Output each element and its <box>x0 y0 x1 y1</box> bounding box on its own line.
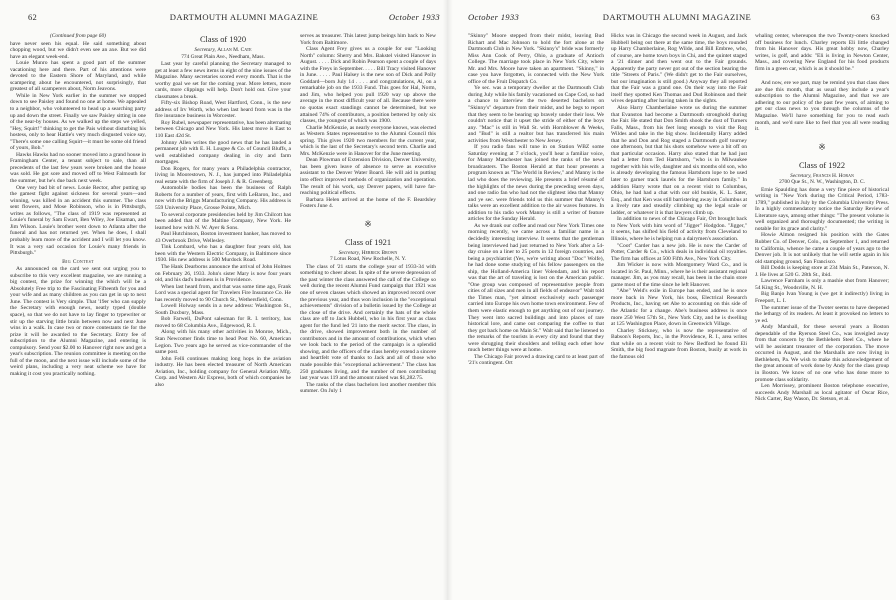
class-heading: Class of 1921 <box>300 238 436 248</box>
paragraph: "Skinny" Moore stepped from their midst,… <box>468 33 604 85</box>
page-number: 62 <box>28 12 37 22</box>
columns: (Continued from page 60) have never seen… <box>0 33 448 600</box>
page-number: 63 <box>871 12 880 22</box>
paragraph: serves as treasurer. This latest jump be… <box>300 33 436 46</box>
paragraph: And now, ere we part, may be remind you … <box>755 80 889 132</box>
running-head: 62 DARTMOUTH ALUMNI MAGAZINE October 193… <box>0 12 448 26</box>
paragraph: Hicks was in Chicago the second week in … <box>611 33 747 105</box>
paragraph: Tink Lombard, who has a daughter four ye… <box>155 244 291 264</box>
section-subhead: Big Contest <box>10 259 146 266</box>
paragraph: Len Morrissey, prominent Boston telephon… <box>755 383 889 403</box>
paragraph: Bill Dodds is keeping store at 234 Main … <box>755 265 889 278</box>
page-gutter <box>443 0 453 600</box>
paragraph: In addition to news of the Chicago Fair,… <box>611 216 747 242</box>
paragraph: Last year by careful planning the Secret… <box>155 61 291 100</box>
class-heading: Class of 1920 <box>155 35 291 45</box>
paragraph: Charley Stickney, who is now the represe… <box>611 328 747 361</box>
secretary-label: Secretary, <box>790 173 812 179</box>
paragraph: Barbara Helen arrived at the home of the… <box>300 197 436 210</box>
paragraph: Roy Rubel, newspaper representative, has… <box>155 120 291 140</box>
magazine-title: DARTMOUTH ALUMNI MAGAZINE <box>458 12 896 22</box>
paragraph: If you radio fans will tune in on Statio… <box>468 144 604 223</box>
paragraph: Ernie Spaulding has done a very fine pie… <box>755 187 889 233</box>
paragraph: Along with his many other activities in … <box>155 329 291 355</box>
paragraph: Johnny Allen writes the good news that h… <box>155 140 291 166</box>
paragraph: The class of '21 starts the college year… <box>300 264 436 382</box>
column-3: whaling center, whereupon the two Twenty… <box>755 33 889 403</box>
continued-note: (Continued from page 60) <box>10 33 146 40</box>
paragraph: Don Rogers, for many years a Philadelphi… <box>155 166 291 186</box>
column-1: (Continued from page 60) have never seen… <box>10 33 146 377</box>
secretary-label: Secretary, <box>339 250 361 256</box>
paragraph: While in New York earlier in the summer … <box>10 93 146 152</box>
paragraph: The Hank Dearborns announce the arrival … <box>155 264 291 284</box>
paragraph: Lawrence Farnham is only a mashie shot f… <box>755 278 889 291</box>
paragraph: Howie Almon resigned his position with t… <box>755 232 889 265</box>
paragraph: Jim Wicker is now with Montgomery Ward C… <box>611 262 747 288</box>
column-3: serves as treasurer. This latest jump be… <box>300 33 436 395</box>
secretary-address: 7 Lotus Road, New Rochelle, N. Y. <box>300 256 436 263</box>
paragraph: Paul Hutchinson, Boston investment banke… <box>155 231 291 244</box>
paragraph: Dean Plowman of Extension Division, Denv… <box>300 157 436 196</box>
section-ornament-icon: ※ <box>755 141 889 153</box>
paragraph: As we drank our coffee and read our New … <box>468 223 604 354</box>
paragraph: Louie Munro has spent a good part of the… <box>10 60 146 93</box>
paragraph: Charlie McKenzie, as nearly everyone kno… <box>300 125 436 158</box>
paragraph: Ye sec. was a temporary dweller at the D… <box>468 85 604 144</box>
paragraph: The Chicago Fair proved a drawing card t… <box>468 354 604 367</box>
paragraph: Bob Farwell, DuPont salesman for R. I. t… <box>155 316 291 329</box>
issue-date: October 1933 <box>389 12 440 22</box>
class-heading: Class of 1922 <box>755 161 889 171</box>
paragraph: Hawks Hawks had no sooner moved into a g… <box>10 152 146 185</box>
paragraph: "Coot" Carder has a new job. He is now t… <box>611 243 747 263</box>
column-2: Class of 1920 Secretary, Allan M. Cate 7… <box>155 33 291 388</box>
paragraph: John Felli continues making long hops in… <box>155 356 291 389</box>
secretary-address: 774 Great Plain Ave., Needham, Mass. <box>155 54 291 61</box>
magazine-title: DARTMOUTH ALUMNI MAGAZINE <box>40 12 448 22</box>
paragraph: "Abe" Weld's exile in Europe has ended, … <box>611 288 747 327</box>
paragraph: Big Banjo Ivan Young is (we get it indir… <box>755 291 889 304</box>
column-2: Hicks was in Chicago the second week in … <box>611 33 747 360</box>
paragraph: Also Harry Chamberlaine wrote us during … <box>611 105 747 216</box>
section-ornament-icon: ※ <box>300 218 436 230</box>
paragraph: Lowell Holway sends in a new address: Wa… <box>155 303 291 316</box>
secretary-name: Allan M. Cate <box>217 47 251 53</box>
paragraph: One very bad bit of news. Louie Rector, … <box>10 185 146 257</box>
paragraph: have never seen his equal. He said somet… <box>10 41 146 61</box>
paragraph: Andy Marshall, for these several years a… <box>755 324 889 383</box>
paragraph: whaling center, whereupon the two Twenty… <box>755 33 889 72</box>
columns: "Skinny" Moore stepped from their midst,… <box>448 33 896 600</box>
magazine-spread: 62 DARTMOUTH ALUMNI MAGAZINE October 193… <box>0 0 896 600</box>
page-63: October 1933 DARTMOUTH ALUMNI MAGAZINE 6… <box>448 0 896 600</box>
secretary-label: Secretary, <box>194 47 216 53</box>
spacer <box>755 72 889 80</box>
secretary-name: Herrick Brown <box>362 250 398 256</box>
paragraph: The summer issue of the Twoter seems to … <box>755 305 889 325</box>
paragraph: As announced on the card we sent out urg… <box>10 266 146 377</box>
paragraph: To several corporate presidencies held b… <box>155 212 291 232</box>
secretary-address: 2700 Que St., N. W., Washington, D. C. <box>755 179 889 186</box>
running-head: October 1933 DARTMOUTH ALUMNI MAGAZINE 6… <box>448 12 896 26</box>
paragraph: The ranks of the class bachelors lost an… <box>300 382 436 395</box>
paragraph: Fifty-six Bishop Road, West Hartford, Co… <box>155 100 291 120</box>
paragraph: Class Agent Frey gives us a couple for o… <box>300 46 436 125</box>
secretary-name: Francis H. Horan <box>813 173 854 179</box>
page-62: 62 DARTMOUTH ALUMNI MAGAZINE October 193… <box>0 0 448 600</box>
paragraph: When last heard from, and that was some … <box>155 284 291 304</box>
paragraph: Automobile bodies has been the business … <box>155 185 291 211</box>
column-1: "Skinny" Moore stepped from their midst,… <box>468 33 604 367</box>
